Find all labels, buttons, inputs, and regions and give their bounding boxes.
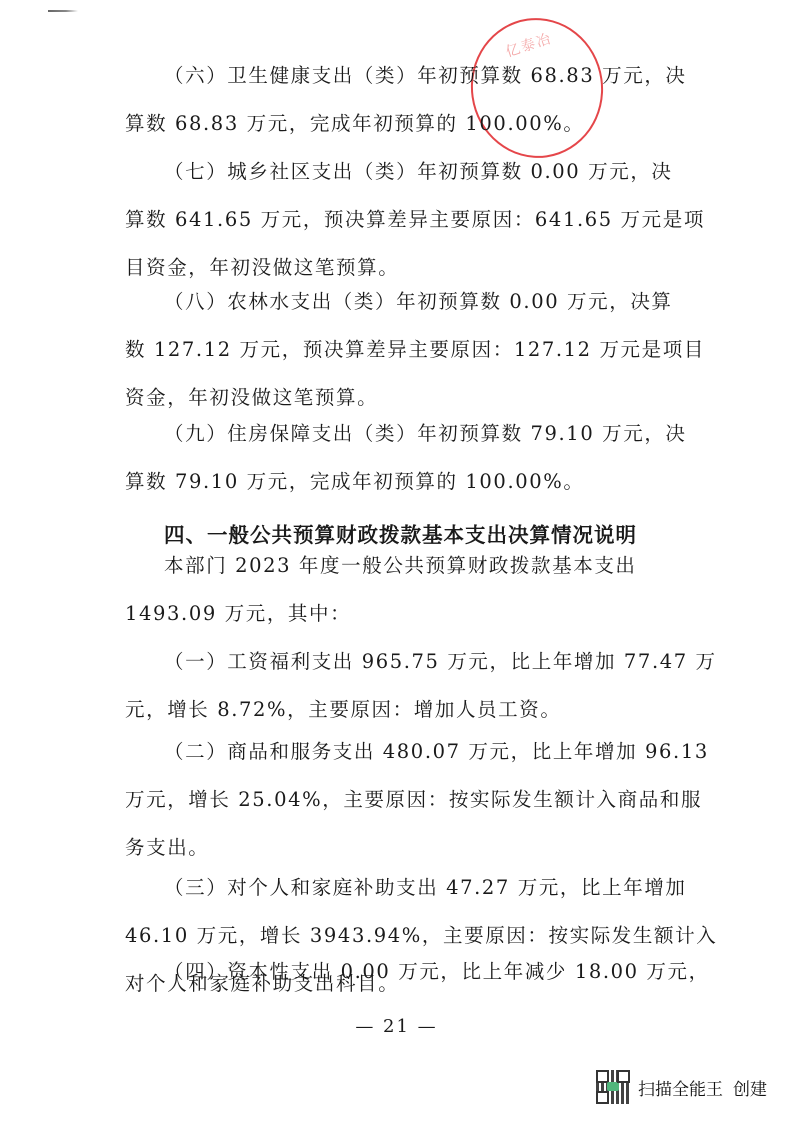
paragraph-health-line-2: 算数 68.83 万元，完成年初预算的 100.00%。 — [125, 114, 584, 134]
paragraph-wages-line-2: 元，增长 8.72%，主要原因：增加人员工资。 — [125, 700, 561, 720]
qr-code-icon — [596, 1070, 630, 1104]
paragraph-subsidy-line-1: （三）对个人和家庭补助支出 47.27 万元，比上年增加 — [164, 878, 687, 898]
paragraph-health-line-1: （六）卫生健康支出（类）年初预算数 68.83 万元，决 — [164, 66, 687, 86]
watermark-suffix: 创建 — [733, 1075, 767, 1100]
official-seal-stamp: 亿泰冶 — [462, 9, 612, 166]
paragraph-wages-line-1: （一）工资福利支出 965.75 万元，比上年增加 77.47 万 — [164, 652, 717, 672]
paragraph-goods-line-3: 务支出。 — [125, 838, 209, 858]
camscanner-logo-icon — [607, 1082, 619, 1091]
document-page: 亿泰冶 （六）卫生健康支出（类）年初预算数 68.83 万元，决 算数 68.8… — [0, 0, 793, 1122]
paragraph-community-line-1: （七）城乡社区支出（类）年初预算数 0.00 万元，决 — [164, 162, 673, 182]
paragraph-intro-line-2: 1493.09 万元，其中： — [125, 604, 351, 624]
paragraph-community-line-3: 目资金，年初没做这笔预算。 — [125, 258, 399, 278]
stamp-text: 亿泰冶 — [503, 28, 555, 62]
qr-finder-pattern — [596, 1091, 609, 1104]
paragraph-housing-line-1: （九）住房保障支出（类）年初预算数 79.10 万元，决 — [164, 424, 687, 444]
scan-artifact-line — [48, 10, 78, 12]
paragraph-agriculture-line-1: （八）农林水支出（类）年初预算数 0.00 万元，决算 — [164, 292, 673, 312]
paragraph-agriculture-line-2: 数 127.12 万元，预决算差异主要原因：127.12 万元是项目 — [125, 340, 705, 360]
paragraph-agriculture-line-3: 资金，年初没做这笔预算。 — [125, 388, 378, 408]
paragraph-intro-line-1: 本部门 2023 年度一般公共预算财政拨款基本支出 — [164, 556, 637, 576]
paragraph-goods-line-1: （二）商品和服务支出 480.07 万元，比上年增加 96.13 — [164, 742, 709, 762]
paragraph-community-line-2: 算数 641.65 万元，预决算差异主要原因：641.65 万元是项 — [125, 210, 705, 230]
paragraph-goods-line-2: 万元，增长 25.04%，主要原因：按实际发生额计入商品和服 — [125, 790, 702, 810]
paragraph-capital-line-1: （四）资本性支出 0.00 万元，比上年减少 18.00 万元， — [164, 962, 710, 982]
watermark-app-name: 扫描全能王 — [638, 1075, 723, 1100]
page-number: — 21 — — [0, 1016, 793, 1037]
paragraph-subsidy-line-2: 46.10 万元，增长 3943.94%，主要原因：按实际发生额计入 — [125, 926, 717, 946]
section-heading: 四、一般公共预算财政拨款基本支出决算情况说明 — [164, 518, 637, 548]
scanner-watermark: 扫描全能王 创建 — [596, 1070, 767, 1104]
paragraph-housing-line-2: 算数 79.10 万元，完成年初预算的 100.00%。 — [125, 472, 584, 492]
